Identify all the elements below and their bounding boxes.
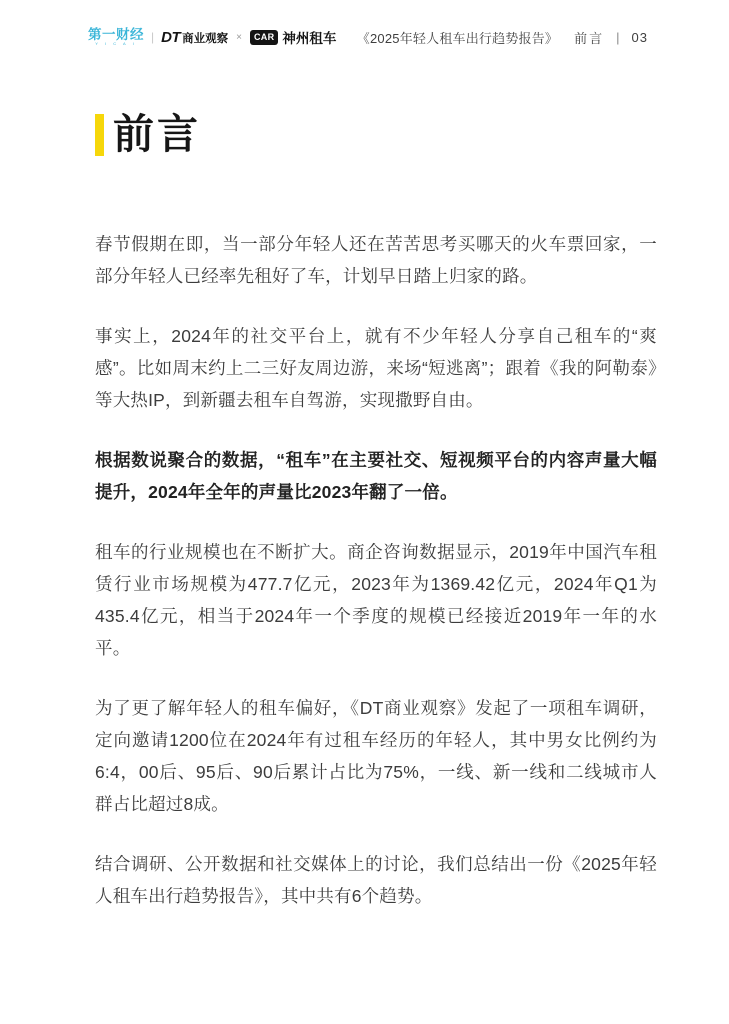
page-header: 第一财经 Y I C A I | DT 商业观察 × CAR 神州租车 《202… bbox=[88, 26, 648, 48]
yicai-logo: 第一财经 Y I C A I bbox=[88, 28, 144, 47]
page-number: 03 bbox=[632, 30, 648, 45]
yicai-logo-text: 第一财经 bbox=[88, 28, 144, 42]
brand-logos: 第一财经 Y I C A I | DT 商业观察 × CAR 神州租车 bbox=[88, 27, 336, 47]
paragraph: 春节假期在即，当一部分年轻人还在苦苦思考买哪天的火车票回家，一部分年轻人已经率先… bbox=[95, 228, 657, 292]
header-divider: | bbox=[616, 30, 619, 45]
dt-business-logo: DT 商业观察 bbox=[161, 29, 228, 46]
page-title: 前言 bbox=[113, 111, 201, 158]
logo-separator: | bbox=[151, 30, 154, 44]
report-page: 第一财经 Y I C A I | DT 商业观察 × CAR 神州租车 《202… bbox=[0, 0, 729, 1024]
paragraph: 事实上，2024年的社交平台上，就有不少年轻人分享自己租车的“爽感”。比如周末约… bbox=[95, 320, 657, 416]
dt-logo-text: 商业观察 bbox=[182, 30, 228, 46]
yicai-logo-subtext: Y I C A I bbox=[95, 42, 136, 46]
dt-logo-mark: DT bbox=[161, 29, 180, 46]
report-title: 《2025年轻人租车出行趋势报告》 bbox=[357, 28, 558, 47]
paragraph: 结合调研、公开数据和社交媒体上的讨论，我们总结出一份《2025年轻人租车出行趋势… bbox=[95, 848, 657, 912]
shenzhou-logo-text: 神州租车 bbox=[282, 27, 336, 47]
times-separator: × bbox=[236, 32, 242, 43]
body-content: 春节假期在即，当一部分年轻人还在苦苦思考买哪天的火车票回家，一部分年轻人已经率先… bbox=[95, 228, 657, 940]
shenzhou-car-logo: CAR 神州租车 bbox=[250, 27, 336, 47]
car-badge-icon: CAR bbox=[250, 30, 278, 45]
paragraph: 为了更了解年轻人的租车偏好，《DT商业观察》发起了一项租车调研，定向邀请1200… bbox=[95, 692, 657, 820]
header-meta: 《2025年轻人租车出行趋势报告》 前言 | 03 bbox=[357, 28, 648, 47]
title-block: 前言 bbox=[95, 111, 201, 158]
section-label: 前言 bbox=[574, 28, 604, 47]
yellow-accent-bar bbox=[95, 114, 104, 156]
paragraph-emphasis: 根据数说聚合的数据，“租车”在主要社交、短视频平台的内容声量大幅提升，2024年… bbox=[95, 444, 657, 508]
paragraph: 租车的行业规模也在不断扩大。商企咨询数据显示，2019年中国汽车租赁行业市场规模… bbox=[95, 536, 657, 664]
